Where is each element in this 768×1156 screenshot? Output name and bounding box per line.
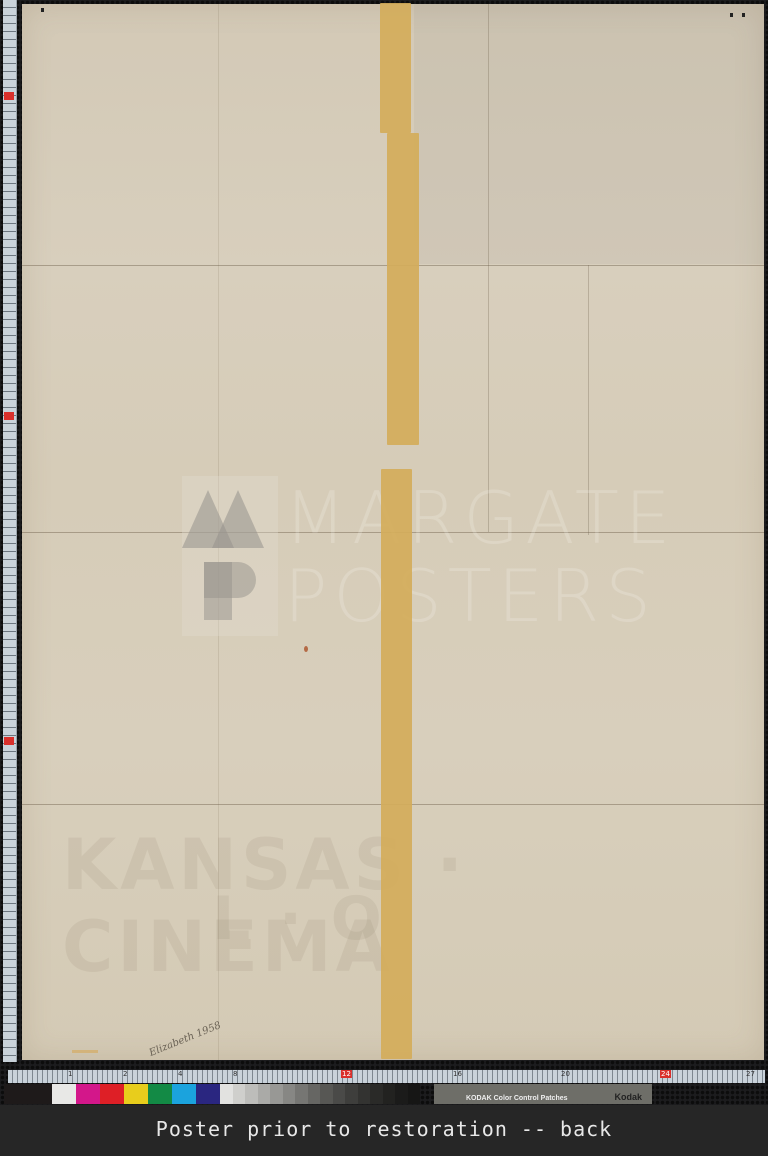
color-patch — [4, 1084, 52, 1104]
ruler-tick: 20 — [561, 1070, 570, 1078]
bleed-through-text: L · O — [212, 884, 386, 954]
tape-strip — [387, 133, 419, 445]
poster-shadow-region — [414, 4, 764, 264]
watermark-text-1: MARGATE — [284, 482, 676, 554]
scan-area: KANSAS · CINEMA L · O MARGATE POSTERS El… — [0, 0, 768, 1105]
gray-patch — [320, 1084, 333, 1104]
ruler-red-tick: 12 — [341, 1070, 352, 1078]
ruler-red-mark — [4, 737, 14, 745]
gray-patch — [220, 1084, 233, 1104]
vertical-ruler — [3, 0, 17, 1062]
stain — [304, 646, 308, 652]
gray-patch — [395, 1084, 408, 1104]
pin-hole — [730, 13, 733, 17]
gray-patch — [408, 1084, 421, 1104]
gray-patch — [233, 1084, 246, 1104]
tape-strip — [381, 469, 412, 1059]
horizontal-ruler: 1 2 4 8 12 16 20 24 27 — [8, 1070, 765, 1083]
watermark-mountain-icon — [212, 490, 264, 548]
watermark-text-2: POSTERS — [284, 560, 657, 632]
gray-patch — [270, 1084, 283, 1104]
ruler-tick: 4 — [178, 1070, 182, 1078]
gray-patch — [245, 1084, 258, 1104]
gray-patch — [333, 1084, 346, 1104]
ruler-tick: 8 — [233, 1070, 237, 1078]
gray-patch — [345, 1084, 358, 1104]
gray-patch — [370, 1084, 383, 1104]
color-patch — [148, 1084, 172, 1104]
gray-patch — [295, 1084, 308, 1104]
color-patch — [52, 1084, 76, 1104]
pin-hole — [41, 8, 44, 12]
ruler-tick: 1 — [68, 1070, 72, 1078]
gray-patch — [383, 1084, 396, 1104]
gray-patch — [308, 1084, 321, 1104]
image-caption: Poster prior to restoration -- back — [0, 1105, 768, 1156]
color-patch — [196, 1084, 220, 1104]
stain — [72, 1050, 98, 1053]
tape-strip — [380, 3, 411, 133]
kodak-card-label: KODAK Color Control Patches — [466, 1095, 568, 1102]
color-patch — [100, 1084, 124, 1104]
ruler-red-mark — [4, 412, 14, 420]
color-patches — [4, 1084, 420, 1104]
gray-patch — [283, 1084, 296, 1104]
color-patch — [172, 1084, 196, 1104]
watermark-logo — [182, 476, 278, 636]
color-patch — [76, 1084, 100, 1104]
ruler-tick: 16 — [453, 1070, 462, 1078]
fold-line — [488, 4, 489, 532]
bleed-through-text: KANSAS · CINEMA — [62, 824, 764, 988]
ruler-tick: 2 — [123, 1070, 127, 1078]
handwritten-signature: Elizabeth 1958 — [148, 1020, 223, 1059]
ruler-tick: 27 — [746, 1070, 755, 1078]
ruler-red-tick: 24 — [660, 1070, 671, 1078]
gray-patch — [258, 1084, 271, 1104]
pin-hole — [742, 13, 745, 17]
kodak-logo: Kodak — [614, 1092, 642, 1102]
watermark-p-icon — [204, 562, 256, 598]
color-patch — [124, 1084, 148, 1104]
ruler-red-mark — [4, 92, 14, 100]
kodak-color-card: KODAK Color Control Patches Kodak — [434, 1084, 652, 1104]
gray-patch — [358, 1084, 371, 1104]
